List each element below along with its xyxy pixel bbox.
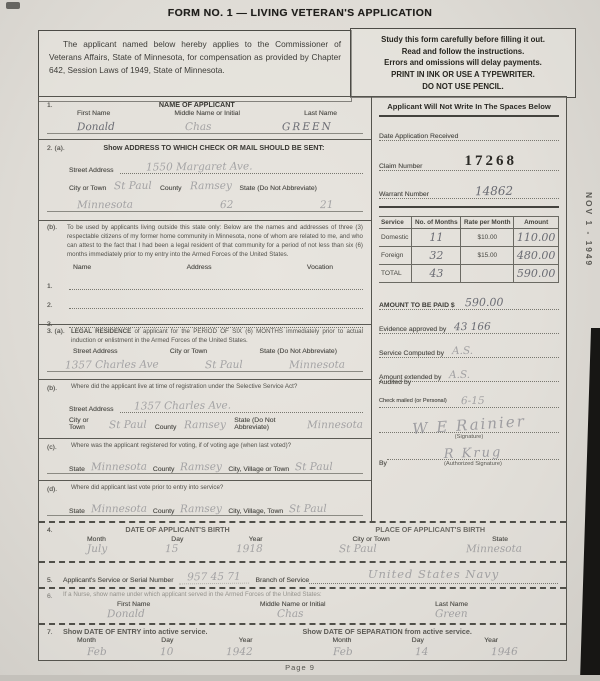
legal-residence-bold: LEGAL RESIDENCE [71, 328, 131, 335]
county-value: Ramsey [180, 461, 222, 473]
city-village-value: St Paul [289, 503, 327, 515]
entry-month-value: Feb [87, 646, 107, 658]
section-legal-residence: 3. (a). LEGAL RESIDENCE of applicant for… [39, 325, 371, 380]
warning-line-4: PRINT IN INK OR USE A TYPEWRITER. [357, 69, 569, 81]
evidence-approved-row: Evidence approved by 43 166 [379, 319, 559, 334]
service-foreign-label: Foreign [379, 247, 412, 265]
section3d-number: (d). [47, 486, 71, 493]
table-row: Domestic 11 $10.00 110.00 [379, 229, 559, 247]
amount-to-be-paid-label: AMOUNT TO BE PAID $ [379, 302, 455, 309]
check-mailed-label: Check mailed (or Personal) [379, 398, 447, 404]
birth-date-header: DATE OF APPLICANT'S BIRTH [53, 525, 303, 534]
main-form-box: 1. NAME OF APPLICANT First Name Middle N… [38, 96, 567, 661]
total-rate [461, 265, 514, 283]
date-received-label: Date Application Received [379, 133, 458, 140]
age-value: 21 [320, 199, 333, 211]
city-town-label: City or Town [170, 348, 207, 355]
warning-line-3: Errors and omissions will delay payments… [357, 57, 569, 69]
domestic-rate: $10.00 [461, 229, 514, 247]
service-column-header: Service [379, 217, 412, 229]
separation-month-value: Feb [332, 646, 352, 658]
reference-name-column: Name [73, 264, 91, 271]
separation-year-value: 1946 [491, 646, 518, 658]
state-label: State [69, 508, 85, 515]
date-received-row: Date Application Received [379, 126, 559, 141]
scanned-form-page: FORM NO. 1 — LIVING VETERAN'S APPLICATIO… [0, 0, 600, 681]
last-name-value: GREEN [282, 121, 333, 134]
serial-number-label: Applicant's Service or Serial Number [63, 577, 173, 584]
two-column-area: 1. NAME OF APPLICANT First Name Middle N… [39, 97, 566, 521]
domestic-amount-value: 110.00 [517, 231, 556, 244]
section-birth: 4. DATE OF APPLICANT'S BIRTH Month Day Y… [39, 521, 566, 561]
rate-column-header: Rate per Month [461, 217, 514, 229]
service-computed-label: Service Computed by [379, 350, 444, 357]
official-use-column: Applicant Will Not Write In The Spaces B… [371, 97, 566, 521]
foreign-rate: $15.00 [461, 247, 514, 265]
foreign-months-value: 32 [429, 249, 443, 262]
state-label: State (Do Not Abbreviate) [260, 348, 337, 355]
first-name-label: First Name [77, 110, 110, 117]
separation-day-value: 14 [415, 646, 428, 658]
city-town-label: City or Town [69, 185, 106, 192]
year-label: Year [239, 637, 253, 644]
months-column-header: No. of Months [412, 217, 461, 229]
section2a-number: 2. (a). [47, 145, 65, 152]
branch-of-service-label: Branch of Service [255, 577, 309, 584]
service-computed-row: Service Computed by A.S. [379, 343, 559, 358]
audited-by-label: Audited by [379, 379, 411, 386]
warrant-number-row: Warrant Number 14862 [379, 180, 559, 199]
birth-place-header: PLACE OF APPLICANT'S BIRTH [303, 525, 559, 534]
county-label: County [153, 466, 175, 473]
page-number: Page 9 [0, 663, 600, 672]
birth-month-value: July [87, 543, 107, 555]
evidence-approved-value: 43 166 [454, 321, 491, 333]
state-label: State (Do Not Abbreviate) [239, 185, 316, 192]
amount-column-header: Amount [514, 217, 559, 229]
warrant-number-value: 14862 [429, 183, 559, 198]
day-label: Day [412, 637, 424, 644]
section1-header: NAME OF APPLICANT [53, 100, 341, 109]
official-use-header: Applicant Will Not Write In The Spaces B… [379, 97, 559, 117]
zone-value: 62 [220, 199, 233, 211]
birth-day-value: 15 [165, 543, 178, 555]
birth-state-value: Minnesota [466, 543, 522, 556]
day-label: Day [161, 637, 173, 644]
first-name-value: Donald [77, 121, 115, 133]
city-town-value: St Paul [109, 419, 147, 431]
warrant-number-label: Warrant Number [379, 191, 429, 198]
section-last-vote: (d). Where did applicant last vote prior… [39, 481, 371, 521]
reference-row-number: 2. [47, 302, 69, 309]
state-value: Minnesota [289, 359, 345, 372]
city-town-label: City or Town [69, 417, 101, 431]
section6-number: 6. [47, 593, 63, 600]
service-last-name-value: Green [435, 608, 468, 620]
table-row: Foreign 32 $15.00 480.00 [379, 247, 559, 265]
county-label: County [155, 424, 177, 431]
table-row: TOTAL 43 590.00 [379, 265, 559, 283]
section-voting-registration: (c). Where was the applicant registered … [39, 439, 371, 480]
section-registration-residence: (b). Where did the applicant live at tim… [39, 380, 371, 440]
warning-line-2: Read and follow the instructions. [357, 46, 569, 58]
birth-year-value: 1918 [236, 543, 263, 555]
section-name-of-applicant: 1. NAME OF APPLICANT First Name Middle N… [39, 97, 371, 140]
evidence-approved-label: Evidence approved by [379, 326, 446, 333]
by-label: By [379, 460, 387, 467]
warning-line-1: Study this form carefully before filling… [357, 34, 569, 46]
total-amount-value: 590.00 [517, 267, 556, 280]
reference-row-line [69, 289, 363, 290]
state-label: State [69, 466, 85, 473]
section2b-number: (b). [47, 224, 67, 231]
section5-number: 5. [47, 577, 63, 584]
amount-to-be-paid-value: 590.00 [465, 296, 504, 309]
month-label: Month [333, 637, 352, 644]
section3d-text: Where did applicant last vote prior to e… [71, 484, 363, 493]
section-mailing-address: 2. (a). Show ADDRESS TO WHICH CHECK OR M… [39, 140, 371, 221]
section-entry-separation: 7. Show DATE OF ENTRY into active servic… [39, 623, 566, 660]
audited-by-value: 6-15 [461, 395, 485, 407]
state-value: Minnesota [77, 199, 133, 212]
reference-row: 1. [47, 277, 363, 290]
entry-day-value: 10 [159, 646, 172, 658]
section-serial-number: 5. Applicant's Service or Serial Number … [39, 561, 566, 587]
section-service-name: 6. If a Nurse, show name under which app… [39, 587, 566, 623]
claim-number-stamp: 17268 [422, 153, 559, 170]
audited-by-row: Audited by Check mailed (or Personal) 6-… [379, 391, 559, 408]
street-address-label: Street Address [69, 167, 114, 174]
separation-date-header: Show DATE OF SEPARATION from active serv… [303, 627, 559, 636]
county-label: County [153, 508, 175, 515]
service-total-label: TOTAL [379, 265, 412, 283]
street-address-label: Street Address [69, 406, 114, 413]
year-label: Year [484, 637, 498, 644]
county-label: County [160, 185, 182, 192]
serial-number-value: 957 45 71 [179, 571, 249, 585]
warning-line-5: DO NOT USE PENCIL. [357, 81, 569, 93]
city-town-value: St Paul [114, 180, 152, 192]
city-village-label: City, Village, Town [228, 508, 283, 515]
last-name-label: Last Name [304, 110, 337, 117]
applicant-declaration-box: The applicant named below hereby applies… [38, 30, 352, 102]
section2b-text: To be used by applicants living outside … [67, 224, 363, 260]
city-village-label: City, Village or Town [228, 466, 289, 473]
declaration-text: The applicant named below hereby applies… [49, 39, 341, 75]
section2a-header: Show ADDRESS TO WHICH CHECK OR MAIL SHOU… [65, 143, 363, 152]
county-value: Ramsey [180, 502, 222, 514]
claim-number-label: Claim Number [379, 163, 422, 170]
reference-row-number: 1. [47, 283, 69, 290]
amount-to-be-paid-row: AMOUNT TO BE PAID $ 590.00 [379, 293, 559, 310]
reference-row: 2. [47, 296, 363, 309]
amount-extended-value: A.S. [449, 369, 470, 381]
domestic-months-value: 11 [429, 231, 443, 244]
deputy-signature-caption: (Authorized Signature) [444, 461, 502, 467]
service-domestic-label: Domestic [379, 229, 412, 247]
section3b-number: (b). [47, 385, 71, 392]
city-village-value: St Paul [295, 461, 333, 473]
instructions-warning-box: Study this form carefully before filling… [350, 28, 576, 98]
section-citizen-references: (b). To be used by applicants living out… [39, 221, 371, 325]
service-first-name-value: Donald [107, 608, 145, 620]
signature-caption: (Signature) [455, 434, 484, 440]
branch-of-service-value: United States Navy [368, 567, 499, 581]
date-received-stamp: NOV 1 - 1949 [584, 192, 594, 267]
entry-date-header: Show DATE OF ENTRY into active service. [63, 627, 207, 636]
foreign-amount-value: 480.00 [517, 249, 556, 262]
county-value: Ramsey [184, 419, 226, 431]
street-address-value: 1357 Charles Ave [65, 359, 159, 372]
entry-year-value: 1942 [226, 646, 253, 658]
form-title: FORM NO. 1 — LIVING VETERAN'S APPLICATIO… [0, 7, 600, 19]
state-label: State (Do Not Abbreviate) [234, 417, 301, 431]
service-computation-table: Service No. of Months Rate per Month Amo… [379, 216, 559, 283]
applicant-column: 1. NAME OF APPLICANT First Name Middle N… [39, 97, 371, 521]
birth-city-value: St Paul [338, 543, 376, 555]
service-computed-value: A.S. [452, 345, 473, 357]
county-value: Ramsey [190, 180, 232, 192]
middle-name-label: Middle Name or Initial [174, 110, 240, 117]
state-value: Minnesota [307, 419, 363, 432]
reference-vocation-column: Vocation [307, 264, 333, 271]
total-months-value: 43 [429, 267, 443, 280]
claim-number-row: Claim Number 17268 [379, 150, 559, 171]
middle-name-value: Chas [185, 121, 212, 133]
reference-row-line [69, 308, 363, 309]
section3c-number: (c). [47, 444, 71, 451]
section7-number: 7. [47, 629, 63, 636]
reference-address-column: Address [187, 264, 212, 271]
month-label: Month [77, 637, 96, 644]
scan-bottom-edge [0, 675, 600, 681]
section3a-number: 3. (a). [47, 328, 71, 335]
section3b-text: Where did the applicant live at time of … [71, 383, 363, 392]
street-address-value: 1550 Margaret Ave. [146, 160, 253, 173]
state-value: Minnesota [91, 461, 147, 474]
state-value: Minnesota [91, 502, 147, 515]
section3c-text: Where was the applicant registered for v… [71, 442, 363, 451]
street-address-label: Street Address [73, 348, 118, 355]
section6-text: If a Nurse, show name under which applic… [63, 591, 322, 600]
service-middle-name-value: Chas [277, 608, 304, 620]
street-address-value: 1357 Charles Ave. [134, 399, 231, 412]
city-town-value: St Paul [205, 359, 243, 371]
